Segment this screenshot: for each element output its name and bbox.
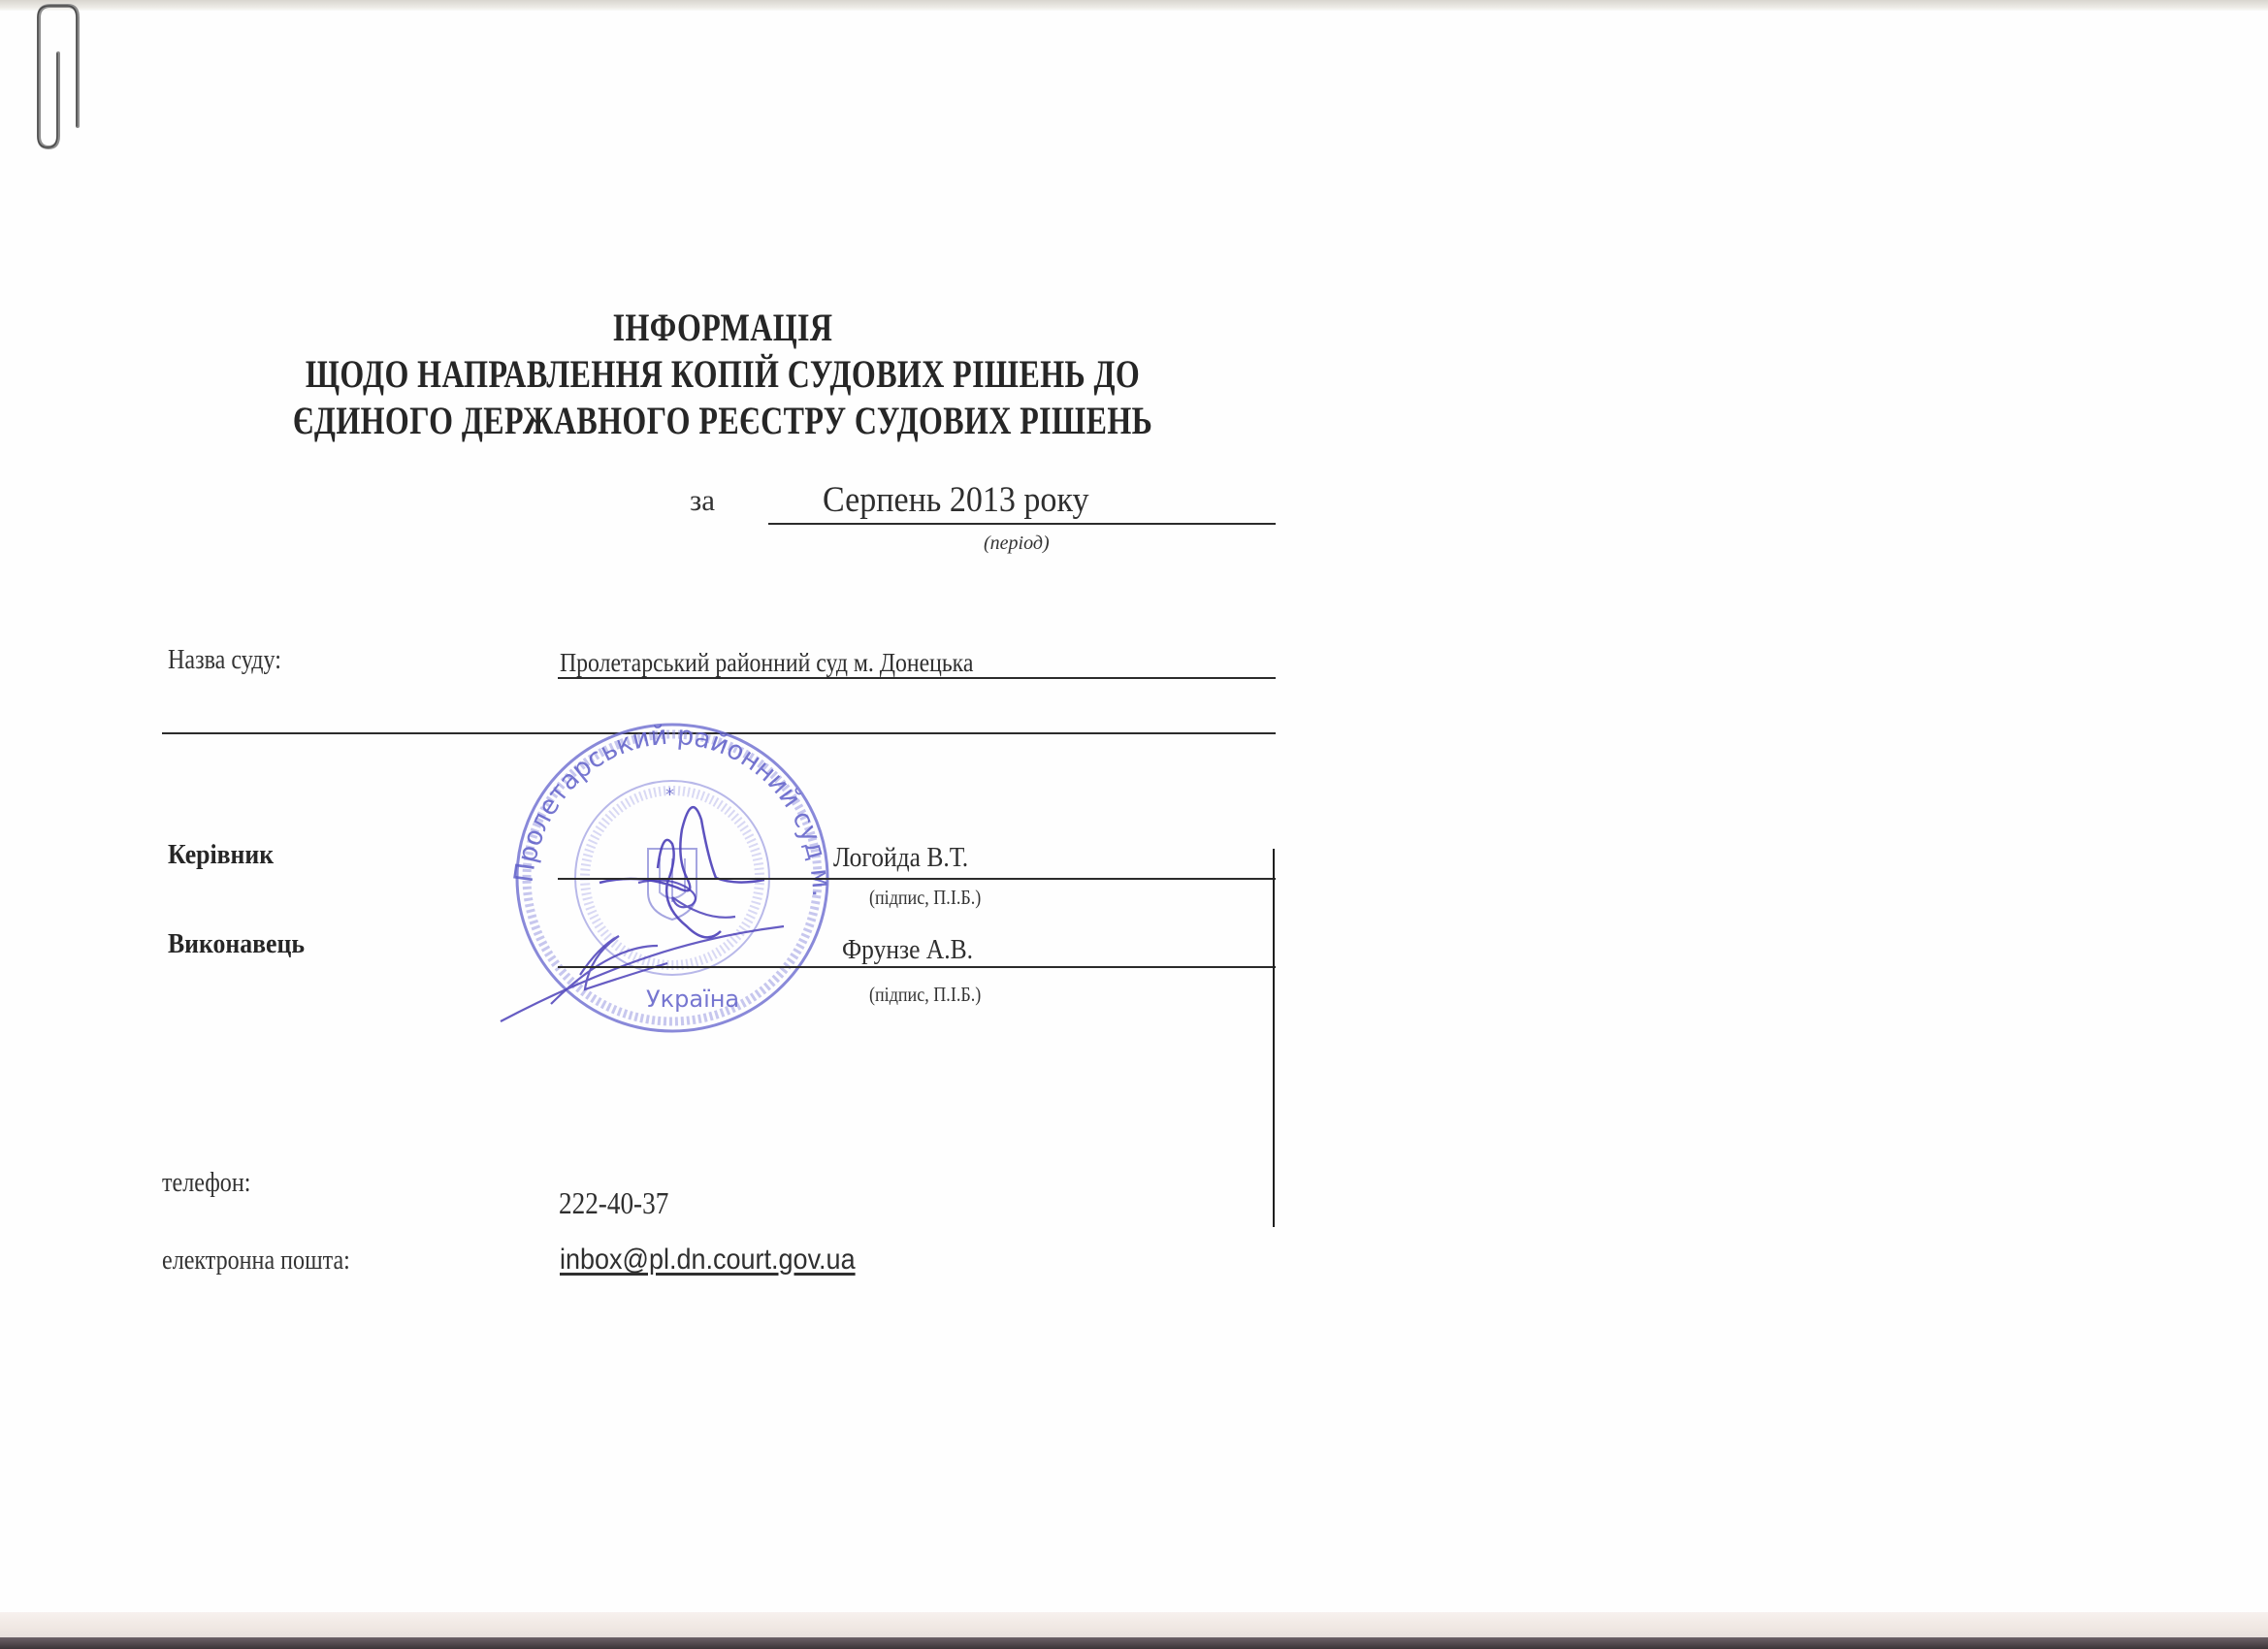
- signature-role-executor: Виконавець: [168, 931, 305, 958]
- signature-caption-executor: (підпис, П.І.Б.): [869, 985, 981, 1005]
- phone-label: телефон:: [162, 1170, 250, 1197]
- svg-text:Україна: Україна: [646, 986, 739, 1013]
- court-label: Назва суду:: [168, 647, 281, 674]
- signature-name-head: Логойда В.Т.: [833, 844, 968, 872]
- title-line-2: ЩОДО НАПРАВЛЕННЯ КОПІЙ СУДОВИХ РІШЕНЬ ДО: [145, 355, 1301, 394]
- email-label: електронна пошта:: [162, 1247, 350, 1275]
- court-name: Пролетарський районний суд м. Донецька: [560, 650, 973, 676]
- paperclip-icon: [29, 0, 87, 160]
- period-underline: [768, 523, 1276, 525]
- signature-caption-head: (підпис, П.І.Б.): [869, 888, 981, 908]
- signature-name-executor: Фрунзе А.В.: [842, 936, 973, 964]
- title-line-3: ЄДИНОГО ДЕРЖАВНОГО РЕЄСТРУ СУДОВИХ РІШЕН…: [145, 402, 1301, 440]
- svg-text:*: *: [665, 785, 674, 805]
- period-value: Серпень 2013 року: [823, 482, 1089, 518]
- right-border-line: [1273, 849, 1275, 1227]
- signature-line-head: [558, 878, 1276, 880]
- title-line-1: ІНФОРМАЦІЯ: [145, 308, 1301, 347]
- svg-text:Пролетарський районний суд м.Д: Пролетарський районний суд м.Донецька: [493, 713, 836, 897]
- scan-bottom-shadow: [0, 1637, 2268, 1649]
- signature-role-head: Керівник: [168, 842, 274, 869]
- period-prefix: за: [690, 485, 715, 515]
- scan-bottom-edge: [0, 1612, 2268, 1639]
- scanned-page: ІНФОРМАЦІЯ ЩОДО НАПРАВЛЕННЯ КОПІЙ СУДОВИ…: [0, 0, 2268, 1649]
- court-underline: [558, 677, 1276, 679]
- period-caption: (період): [984, 533, 1050, 553]
- scan-top-edge: [0, 0, 2268, 11]
- email-link[interactable]: inbox@pl.dn.court.gov.ua: [560, 1245, 856, 1275]
- signature-line-executor: [558, 966, 1276, 968]
- phone-value: 222-40-37: [559, 1187, 668, 1218]
